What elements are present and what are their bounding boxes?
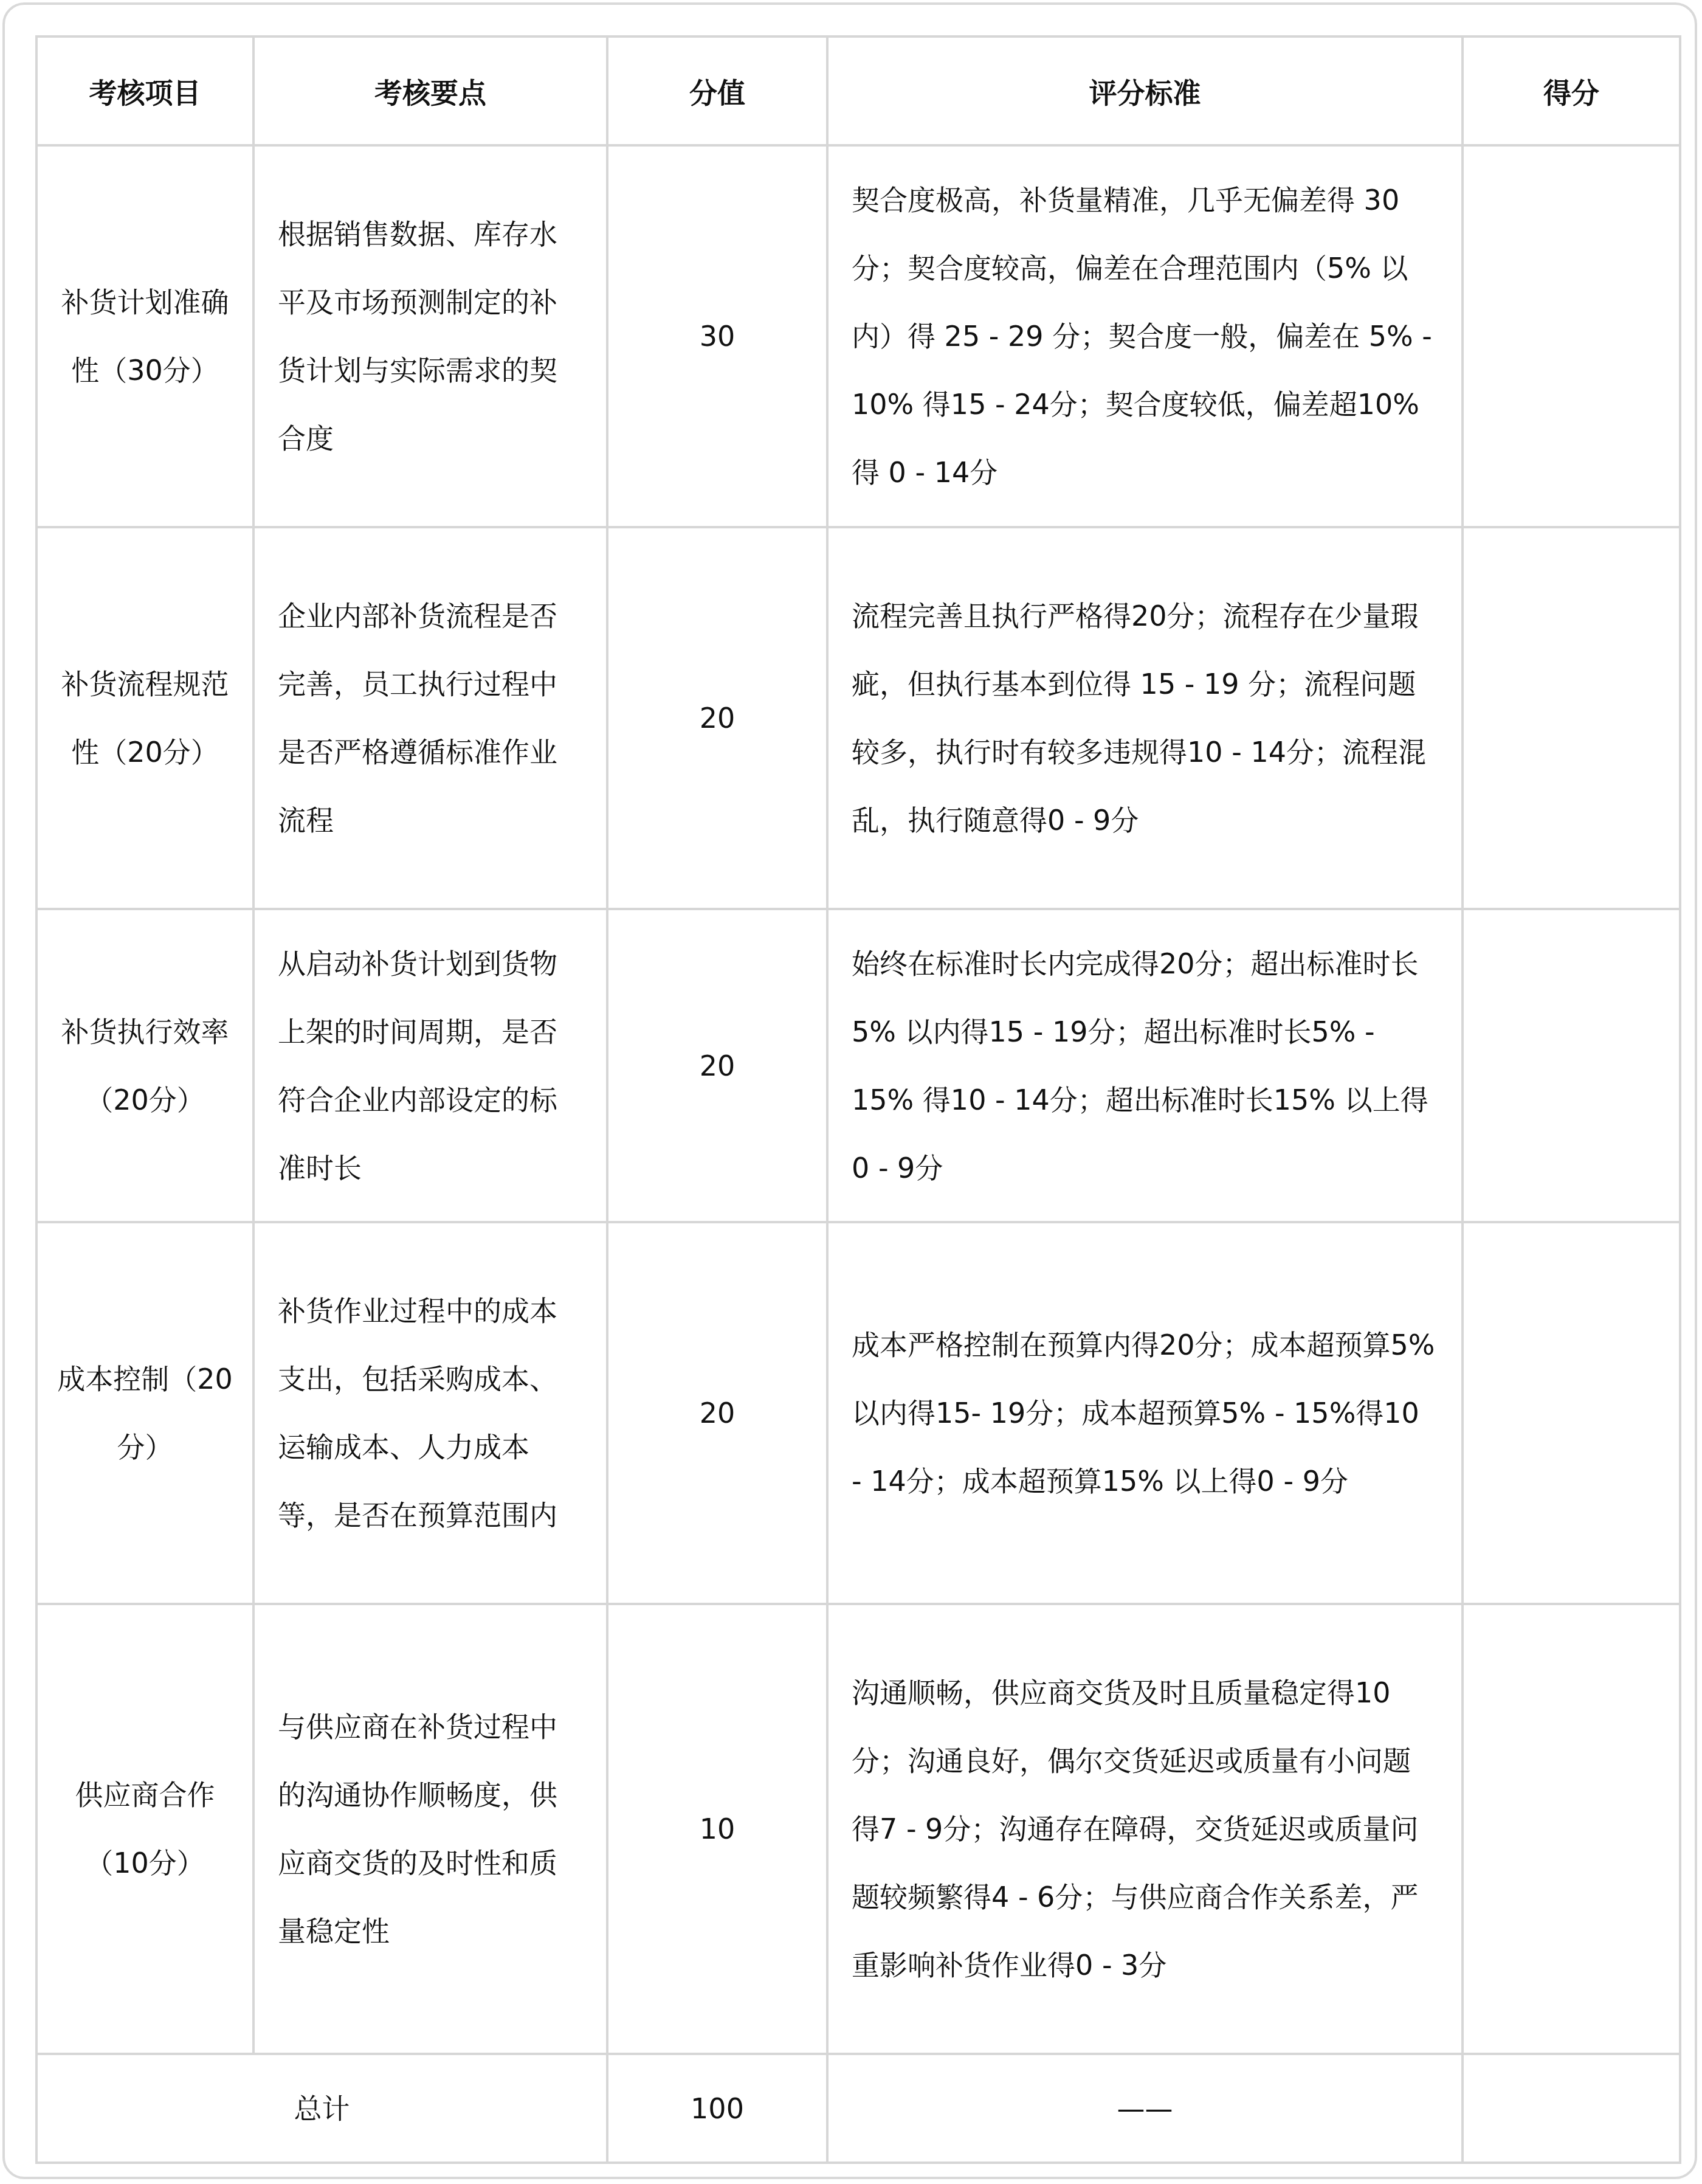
cell-item: 补货流程规范性（20分） (36, 527, 253, 909)
cell-points: 补货作业过程中的成本支出，包括采购成本、运输成本、人力成本等，是否在预算范围内 (253, 1222, 607, 1604)
header-criteria: 评分标准 (827, 36, 1463, 145)
total-score[interactable] (1463, 2054, 1680, 2163)
table-row: 供应商合作（10分） 与供应商在补货过程中的沟通协作顺畅度，供应商交货的及时性和… (36, 1604, 1680, 2054)
cell-item: 供应商合作（10分） (36, 1604, 253, 2054)
total-criteria: —— (827, 2054, 1463, 2163)
cell-points: 从启动补货计划到货物上架的时间周期，是否符合企业内部设定的标准时长 (253, 909, 607, 1222)
cell-score[interactable] (1463, 1604, 1680, 2054)
table-row: 补货执行效率（20分） 从启动补货计划到货物上架的时间周期，是否符合企业内部设定… (36, 909, 1680, 1222)
cell-criteria: 成本严格控制在预算内得20分；成本超预算5% 以内得15- 19分；成本超预算5… (827, 1222, 1463, 1604)
cell-score[interactable] (1463, 145, 1680, 527)
cell-score-value: 10 (607, 1604, 827, 2054)
table-row: 补货流程规范性（20分） 企业内部补货流程是否完善，员工执行过程中是否严格遵循标… (36, 527, 1680, 909)
cell-criteria: 契合度极高，补货量精准，几乎无偏差得 30 分；契合度较高，偏差在合理范围内（5… (827, 145, 1463, 527)
cell-criteria: 始终在标准时长内完成得20分；超出标准时长5% 以内得15 - 19分；超出标准… (827, 909, 1463, 1222)
header-score-value: 分值 (607, 36, 827, 145)
cell-score[interactable] (1463, 527, 1680, 909)
cell-points: 根据销售数据、库存水平及市场预测制定的补货计划与实际需求的契合度 (253, 145, 607, 527)
cell-score-value: 20 (607, 909, 827, 1222)
cell-item: 补货执行效率（20分） (36, 909, 253, 1222)
document-card: 考核项目 考核要点 分值 评分标准 得分 补货计划准确性（30分） 根据销售数据… (2, 2, 1697, 2179)
header-item: 考核项目 (36, 36, 253, 145)
cell-score-value: 20 (607, 527, 827, 909)
table-row: 补货计划准确性（30分） 根据销售数据、库存水平及市场预测制定的补货计划与实际需… (36, 145, 1680, 527)
total-row: 总计 100 —— (36, 2054, 1680, 2163)
cell-score-value: 20 (607, 1222, 827, 1604)
total-score-value: 100 (607, 2054, 827, 2163)
table-row: 成本控制（20分） 补货作业过程中的成本支出，包括采购成本、运输成本、人力成本等… (36, 1222, 1680, 1604)
header-points: 考核要点 (253, 36, 607, 145)
cell-points: 企业内部补货流程是否完善，员工执行过程中是否严格遵循标准作业流程 (253, 527, 607, 909)
cell-criteria: 沟通顺畅，供应商交货及时且质量稳定得10分；沟通良好，偶尔交货延迟或质量有小问题… (827, 1604, 1463, 2054)
cell-item: 成本控制（20分） (36, 1222, 253, 1604)
assessment-table: 考核项目 考核要点 分值 评分标准 得分 补货计划准确性（30分） 根据销售数据… (35, 35, 1681, 2164)
cell-score-value: 30 (607, 145, 827, 527)
total-label: 总计 (36, 2054, 607, 2163)
cell-score[interactable] (1463, 1222, 1680, 1604)
header-score: 得分 (1463, 36, 1680, 145)
cell-score[interactable] (1463, 909, 1680, 1222)
cell-item: 补货计划准确性（30分） (36, 145, 253, 527)
cell-criteria: 流程完善且执行严格得20分；流程存在少量瑕疵，但执行基本到位得 15 - 19 … (827, 527, 1463, 909)
header-row: 考核项目 考核要点 分值 评分标准 得分 (36, 36, 1680, 145)
cell-points: 与供应商在补货过程中的沟通协作顺畅度，供应商交货的及时性和质量稳定性 (253, 1604, 607, 2054)
